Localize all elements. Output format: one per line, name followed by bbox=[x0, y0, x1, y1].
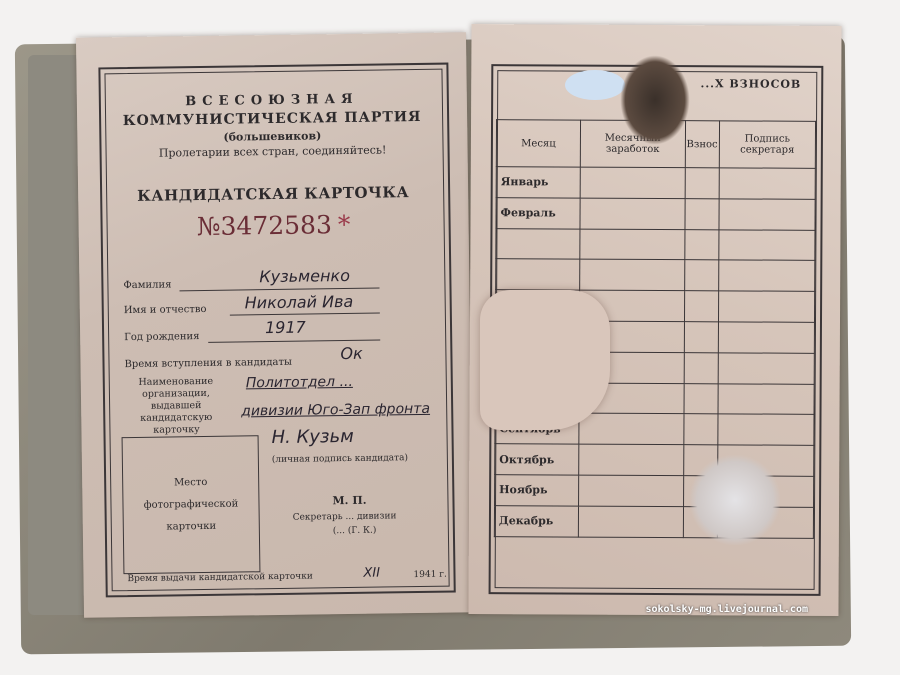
signature-label: (личная подпись кандидата) bbox=[272, 453, 408, 465]
dues-cell bbox=[683, 414, 717, 445]
name-label: Имя и отчество bbox=[124, 304, 207, 316]
month-cell bbox=[496, 259, 580, 290]
dues-cell bbox=[580, 198, 685, 229]
card-number-row: №3472583* bbox=[78, 208, 468, 242]
white-stain bbox=[690, 455, 780, 545]
dues-cell bbox=[684, 383, 718, 414]
left-page: ВСЕСОЮЗНАЯ КОММУНИСТИЧЕСКАЯ ПАРТИЯ (боль… bbox=[76, 32, 474, 617]
dues-cell bbox=[718, 322, 814, 353]
dues-cell bbox=[685, 198, 719, 229]
dues-cell bbox=[718, 291, 814, 322]
dues-cell bbox=[718, 260, 814, 291]
birth-label: Год рождения bbox=[124, 331, 199, 343]
month-cell: Февраль bbox=[496, 197, 580, 228]
col-signature: Подпись секретаря bbox=[719, 121, 816, 169]
secretary-sublabel: (... (Г. К.) bbox=[333, 526, 377, 537]
surname-label: Фамилия bbox=[123, 279, 171, 291]
photo-placeholder: Место фотографической карточки bbox=[122, 435, 261, 574]
join-value: Ок bbox=[340, 344, 363, 363]
dues-cell bbox=[684, 352, 718, 383]
dues-cell bbox=[684, 229, 718, 260]
dues-cell bbox=[719, 199, 815, 230]
dues-cell bbox=[580, 167, 685, 198]
dues-cell bbox=[718, 383, 814, 414]
paper-patch bbox=[480, 290, 610, 430]
org-value-line2: дивизии Юго-Зап фронта bbox=[241, 401, 430, 420]
dues-cell bbox=[580, 259, 685, 290]
photo-text-1: Место bbox=[174, 471, 208, 493]
col-month: Месяц bbox=[496, 120, 580, 167]
dues-cell bbox=[579, 444, 684, 475]
dues-cell bbox=[684, 291, 718, 322]
asterisk-icon: * bbox=[338, 210, 351, 239]
issue-year: 1941 г. bbox=[413, 570, 446, 580]
dues-cell bbox=[579, 413, 684, 444]
col-dues: Взнос bbox=[685, 121, 719, 168]
dues-cell bbox=[685, 168, 719, 199]
dues-cell bbox=[718, 414, 814, 445]
dues-cell bbox=[684, 322, 718, 353]
dues-cell bbox=[684, 260, 718, 291]
candidate-signature: Н. Кузьм bbox=[271, 426, 353, 448]
issue-month: XII bbox=[363, 566, 380, 581]
photo-text-3: карточки bbox=[166, 515, 216, 538]
watermark: sokolsky-mg.livejournal.com bbox=[645, 604, 808, 615]
org-label: Наименование организации, выдавшей канди… bbox=[121, 376, 232, 438]
join-label: Время вступления в кандидаты bbox=[124, 357, 292, 370]
month-cell: Декабрь bbox=[494, 505, 578, 536]
dues-cell bbox=[719, 168, 815, 199]
stamp-label: М. П. bbox=[332, 494, 366, 507]
month-cell: Ноябрь bbox=[495, 475, 579, 506]
card-number: №3472583 bbox=[197, 210, 332, 241]
dues-cell bbox=[578, 506, 683, 537]
dues-row: Январь bbox=[496, 167, 815, 199]
dues-cell bbox=[579, 475, 684, 506]
name-value: Николай Ива bbox=[245, 292, 354, 313]
dues-row bbox=[496, 228, 815, 260]
dues-cell bbox=[718, 353, 814, 384]
surname-value: Кузьменко bbox=[259, 266, 350, 286]
month-cell: Январь bbox=[496, 167, 580, 198]
dues-cell bbox=[580, 229, 685, 260]
dues-row bbox=[496, 259, 815, 291]
burn-damage bbox=[620, 55, 690, 145]
secretary-label: Секретарь ... дивизии bbox=[293, 511, 397, 522]
month-cell bbox=[496, 228, 580, 259]
org-value-line1: Политотдел ... bbox=[246, 374, 353, 391]
dues-row: Февраль bbox=[496, 197, 815, 229]
photo-text-2: фотографической bbox=[144, 493, 239, 516]
month-cell: Октябрь bbox=[495, 444, 579, 475]
burn-hole bbox=[565, 70, 625, 100]
dues-header: ...Х ВЗНОСОВ bbox=[701, 77, 802, 91]
birth-value: 1917 bbox=[265, 318, 306, 338]
dues-cell bbox=[719, 229, 815, 260]
